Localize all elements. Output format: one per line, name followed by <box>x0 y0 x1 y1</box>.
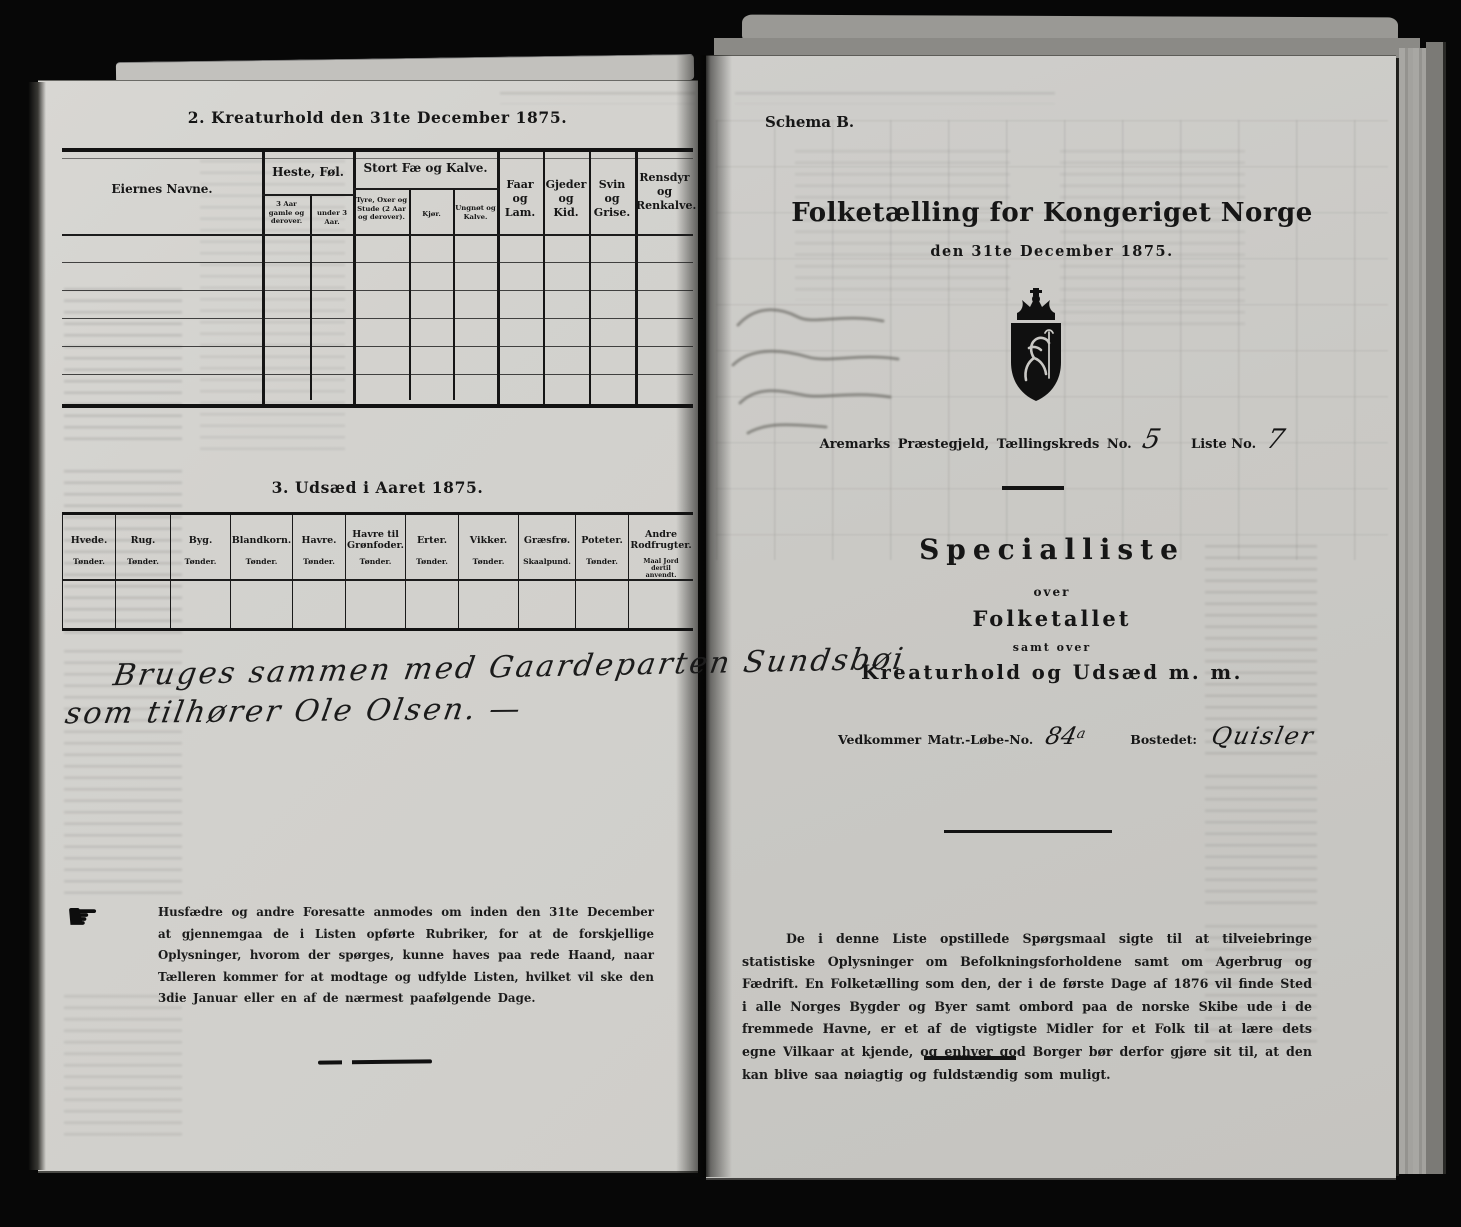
seed-column: Andre Rodfrugter. Maal Jord dertil anven… <box>628 515 693 628</box>
seed-column: Rug. Tønder. <box>115 515 170 628</box>
column-header-svin: Svin og Grise. <box>590 178 634 219</box>
scanned-census-spread: 2. Kreaturhold den 31te December 1875. E… <box>0 0 1461 1227</box>
column-header-faar: Faar og Lam. <box>498 178 542 219</box>
schema-label: Schema B. <box>765 113 854 131</box>
sub-column-header: Kjør. <box>411 210 452 219</box>
sub-column-header: Tyre, Oxer og Stude (2 Aar og derover). <box>355 196 408 222</box>
column-unit: Tønder. <box>246 558 278 566</box>
district-line: Aremarks Præstegjeld, Tællingskreds No. … <box>712 424 1392 455</box>
column-header: Erter. <box>417 524 447 558</box>
seed-column: Hvede. Tønder. <box>62 515 115 628</box>
livestock-table-title: 2. Kreaturhold den 31te December 1875. <box>62 108 693 127</box>
column-header: Andre Rodfrugter. <box>633 524 689 558</box>
table-row-rule <box>62 290 693 291</box>
owner-column-header: Eiernes Navne. <box>62 182 262 196</box>
left-page-ragged-edge <box>28 82 46 1170</box>
seed-column: Poteter. Tønder. <box>575 515 628 628</box>
page-edge-strip-right <box>1399 48 1426 1174</box>
divider-rule <box>1002 486 1064 490</box>
column-header: Vikker. <box>470 524 507 558</box>
seed-column: Vikker. Tønder. <box>458 515 518 628</box>
footer-instruction: Husfædre og andre Foresatte anmodes om i… <box>158 902 654 1010</box>
seed-column: Græsfrø. Skaalpund. <box>518 515 575 628</box>
seed-table-title: 3. Udsæd i Aaret 1875. <box>62 478 693 497</box>
bosted-label: Bostedet: <box>1130 732 1197 747</box>
column-unit: Skaalpund. <box>523 558 571 566</box>
seed-table: Hvede. Tønder. Rug. Tønder. Byg. Tønder.… <box>62 512 693 631</box>
table-rule <box>62 158 693 159</box>
column-header: Hvede. <box>71 524 108 558</box>
column-unit: Tønder. <box>416 558 448 566</box>
matr-prefix: Vedkommer Matr.-Løbe-No. <box>838 732 1033 747</box>
column-unit: Tønder. <box>185 558 217 566</box>
column-unit: Tønder. <box>586 558 618 566</box>
speciallist-samt-over: samt over <box>712 641 1392 654</box>
liste-label: Liste No. <box>1191 437 1256 452</box>
column-unit: Tønder. <box>127 558 159 566</box>
column-unit: Tønder. <box>303 558 335 566</box>
table-rule <box>353 152 356 404</box>
speciallist-kreaturhold: Kreaturhold og Udsæd m. m. <box>712 661 1392 684</box>
seed-column: Byg. Tønder. <box>170 515 230 628</box>
divider-rule <box>944 830 1112 833</box>
table-row-rule <box>62 346 693 347</box>
manicule-icon: ☛ <box>66 898 99 935</box>
bosted-value: Quisler <box>1209 722 1317 750</box>
column-header: Græsfrø. <box>524 524 570 558</box>
table-rule <box>262 152 265 404</box>
page-edge-strip-right-2 <box>1426 42 1446 1174</box>
district-prefix: Aremarks Præstegjeld, Tællingskreds No. <box>820 437 1132 452</box>
column-unit: Tønder. <box>73 558 105 566</box>
info-paragraph: De i denne Liste opstillede Spørgsmaal s… <box>742 928 1312 1086</box>
column-header-gjeder: Gjeder og Kid. <box>544 178 588 219</box>
table-rule <box>409 188 411 400</box>
column-unit: Tønder. <box>360 558 392 566</box>
matr-number: 84 <box>1043 722 1079 750</box>
table-row-rule <box>62 374 693 375</box>
table-row-rule <box>62 318 693 319</box>
sub-column-header: under 3 Aar. <box>312 209 352 226</box>
census-title: Folketælling for Kongeriget Norge <box>712 198 1392 228</box>
census-subtitle: den 31te December 1875. <box>712 243 1392 260</box>
seed-column: Havre. Tønder. <box>292 515 345 628</box>
column-header: Poteter. <box>581 524 623 558</box>
seed-column: Havre til Grønfoder. Tønder. <box>345 515 405 628</box>
livestock-table: Eiernes Navne. Heste, Føl. Stort Fæ og K… <box>62 148 693 408</box>
table-row-rule <box>62 262 693 263</box>
column-unit: Tønder. <box>473 558 505 566</box>
column-group-stort-fae: Stort Fæ og Kalve. <box>354 161 497 175</box>
column-unit: Maal Jord dertil anvendt. <box>636 558 686 579</box>
district-number: 5 <box>1139 424 1163 455</box>
matr-line: Vedkommer Matr.-Løbe-No. 84a Bostedet: Q… <box>838 722 1315 750</box>
handwriting-note-line2: som tilhører Ole Olsen. — <box>63 692 525 732</box>
coat-of-arms-icon <box>1002 286 1070 406</box>
table-rule <box>62 234 693 236</box>
column-header: Havre til Grønfoder. <box>350 524 402 558</box>
column-header: Blandkorn. <box>232 524 291 558</box>
column-header: Havre. <box>301 524 336 558</box>
sub-column-header: 3 Aar gamle og derover. <box>264 200 309 226</box>
speciallist-folketallet: Folketallet <box>712 606 1392 631</box>
column-group-heste: Heste, Føl. <box>263 165 353 179</box>
table-rule <box>353 188 499 190</box>
liste-number: 7 <box>1264 424 1288 455</box>
seed-column: Erter. Tønder. <box>405 515 458 628</box>
speciallist-over: over <box>712 585 1392 599</box>
column-header: Byg. <box>189 524 213 558</box>
column-header: Rug. <box>131 524 156 558</box>
column-header-rensdyr: Rensdyr og Renkalve. <box>636 171 693 212</box>
table-rule <box>262 194 355 196</box>
sub-column-header: Ungnøt og Kalve. <box>455 204 496 221</box>
divider-rule <box>924 1056 1016 1060</box>
speciallist-title: Specialliste <box>712 533 1392 566</box>
seed-column: Blandkorn. Tønder. <box>230 515 292 628</box>
